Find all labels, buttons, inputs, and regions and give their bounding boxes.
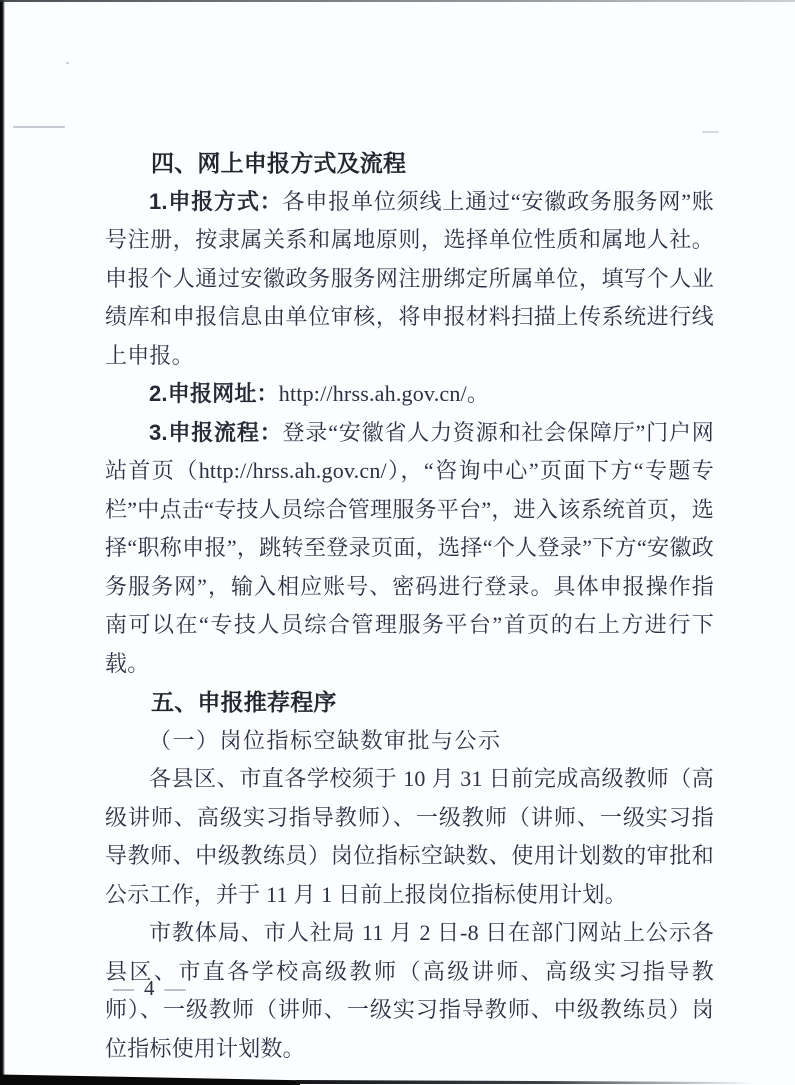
scan-smudge-right [702, 131, 719, 133]
paragraph-quota-deadline: 各县区、市直各学校须于 10 月 31 日前完成高级教师（高级讲师、高级实习指导… [105, 760, 714, 914]
scan-edge-bottom-wedge [0, 1073, 300, 1085]
paragraph-lead-application-method: 1.申报方式： [149, 189, 283, 214]
scanned-document-page: 四、网上申报方式及流程 1.申报方式：各申报单位须线上通过“安徽政务服务网”账号… [0, 0, 795, 1085]
paragraph-quota-publicity: 市教体局、市人社局 11 月 2 日-8 日在部门网站上公示各县区、市直各学校高… [105, 914, 714, 1068]
scan-edge-left [0, 0, 5, 1085]
page-number-right-dash: — [155, 976, 196, 1000]
scan-edge-bottom-line [296, 1080, 756, 1084]
page-number-left-dash: — [103, 976, 144, 1000]
section-heading-online-application: 四、网上申报方式及流程 [105, 144, 714, 183]
paragraph-lead-application-process: 3.申报流程： [149, 420, 283, 445]
page-number: —4— [103, 976, 196, 1001]
paragraph-lead-application-url: 2.申报网址： [149, 381, 279, 406]
paragraph-application-url: 2.申报网址：http://hrss.ah.gov.cn/。 [105, 375, 714, 414]
paragraph-text-application-process: 登录“安徽省人力资源和社会保障厅”门户网站首页（http://hrss.ah.g… [105, 420, 714, 676]
scan-smudge-left [13, 126, 65, 128]
scan-speck [66, 62, 69, 64]
subheading-post-quota-approval: （一）岗位指标空缺数审批与公示 [105, 722, 714, 761]
paragraph-text-application-method: 各申报单位须线上通过“安徽政务服务网”账号注册，按隶属关系和属地原则，选择单位性… [105, 189, 714, 368]
scan-edge-top [0, 0, 795, 2]
section-heading-recommendation-procedure: 五、申报推荐程序 [105, 683, 714, 722]
paragraph-application-method: 1.申报方式：各申报单位须线上通过“安徽政务服务网”账号注册，按隶属关系和属地原… [105, 183, 714, 376]
paragraph-text-application-url: http://hrss.ah.gov.cn/。 [279, 381, 489, 406]
paragraph-application-process: 3.申报流程：登录“安徽省人力资源和社会保障厅”门户网站首页（http://hr… [105, 414, 714, 684]
document-body: 四、网上申报方式及流程 1.申报方式：各申报单位须线上通过“安徽政务服务网”账号… [105, 144, 714, 1068]
page-number-value: 4 [144, 976, 155, 1000]
